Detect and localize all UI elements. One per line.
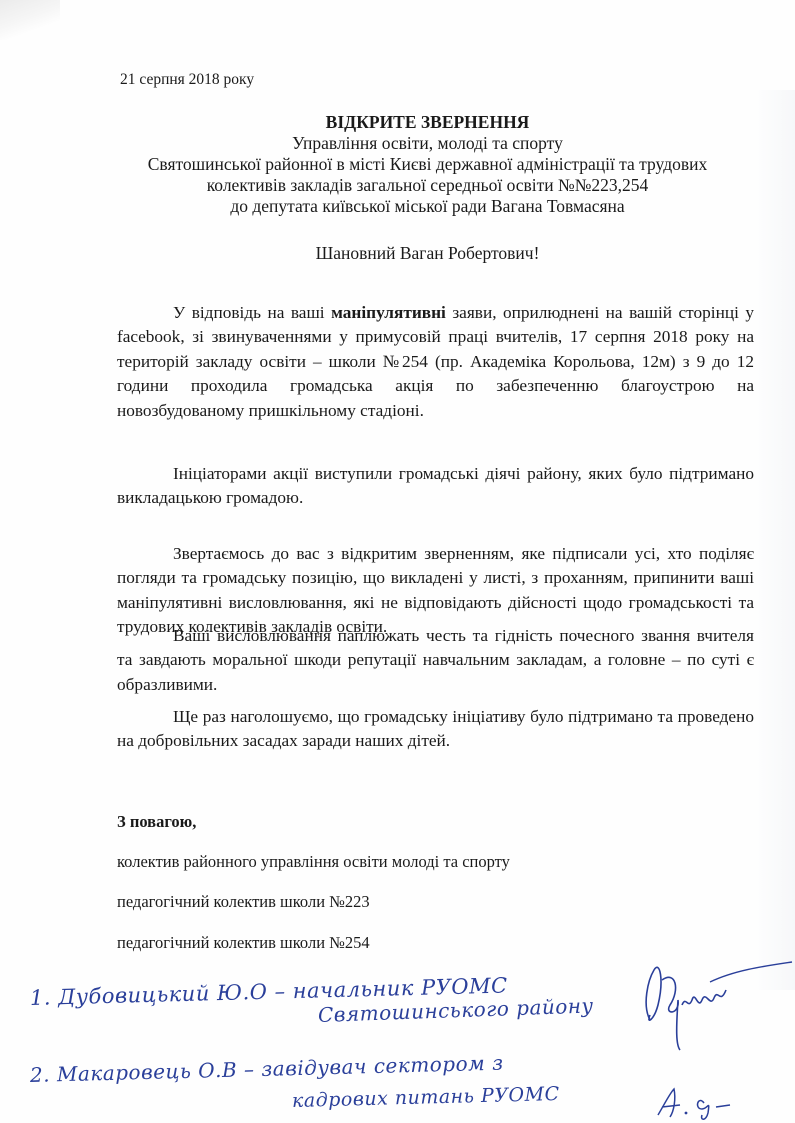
- scanned-letter-page: 21 серпня 2018 року ВІДКРИТЕ ЗВЕРНЕННЯ У…: [0, 0, 795, 1123]
- header-line: Святошинської районної в місті Києві дер…: [100, 154, 755, 175]
- handwritten-signer-2-name: 2. Макаровець О.В – завідувач сектором з: [30, 1051, 504, 1087]
- signatory-line: колектив районного управління освіти мол…: [117, 852, 510, 872]
- signatory-line: педагогічний колектив школи №254: [117, 933, 370, 953]
- letter-title: ВІДКРИТЕ ЗВЕРНЕННЯ: [100, 112, 755, 133]
- body-paragraph: Ініціаторами акції виступили громадські …: [117, 462, 754, 511]
- emphasized-word: маніпулятивні: [331, 303, 446, 322]
- closing-phrase: З повагою,: [117, 812, 196, 832]
- paragraph-text: У відповідь на ваші: [173, 303, 331, 322]
- header-line: Управління освіти, молоді та спорту: [100, 133, 755, 154]
- letter-date: 21 серпня 2018 року: [120, 71, 254, 89]
- signature-icon: [640, 960, 795, 1055]
- scan-margin-shadow: [755, 90, 795, 990]
- header-line: до депутата київської міської ради Ваган…: [100, 196, 755, 217]
- folded-corner-artifact: [0, 0, 60, 40]
- body-paragraph: Ваші висловлювання паплюжать честь та гі…: [117, 624, 754, 697]
- body-paragraph: У відповідь на ваші маніпулятивні заяви,…: [117, 301, 754, 423]
- header-line: колективів закладів загальної середньої …: [100, 175, 755, 196]
- salutation: Шановний Ваган Робертович!: [100, 243, 755, 264]
- signatory-line: педагогічний колектив школи №223: [117, 892, 370, 912]
- signature-icon: [650, 1085, 760, 1121]
- handwritten-signer-2-dept: кадрових питань РУОМС: [292, 1083, 560, 1112]
- body-paragraph: Ще раз наголошуємо, що громадську ініціа…: [117, 705, 754, 754]
- letter-header: ВІДКРИТЕ ЗВЕРНЕННЯ Управління освіти, мо…: [100, 112, 755, 217]
